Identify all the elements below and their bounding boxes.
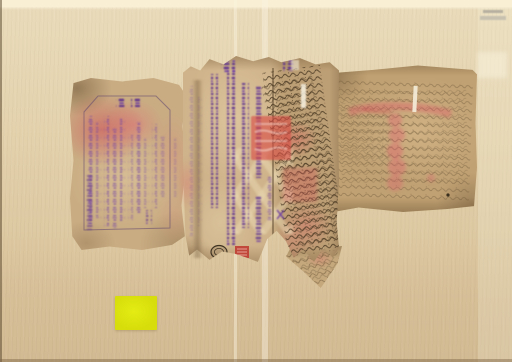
middle-document-detail-layer (183, 56, 339, 264)
document-left (70, 78, 186, 250)
scanner-top-strip (0, 0, 512, 7)
form-title-glyphs (116, 98, 140, 107)
watermark-line (483, 10, 503, 13)
ink-dot (446, 193, 449, 196)
red-square-seal (251, 116, 291, 160)
scan-light-ghost (477, 52, 507, 78)
document-right (329, 64, 477, 212)
yellow-sticker (115, 296, 157, 330)
left-document-detail-layer (70, 78, 186, 250)
red-seal-ghost (283, 168, 317, 202)
crease-pink-stain (174, 148, 200, 220)
right-document-detail-layer (329, 64, 477, 212)
document-middle (183, 56, 339, 264)
watermark-line (480, 16, 506, 20)
scan-left-edge (0, 0, 2, 362)
scan-canvas (0, 0, 512, 362)
handwriting-columns (86, 116, 178, 230)
corner-watermark (480, 10, 508, 24)
